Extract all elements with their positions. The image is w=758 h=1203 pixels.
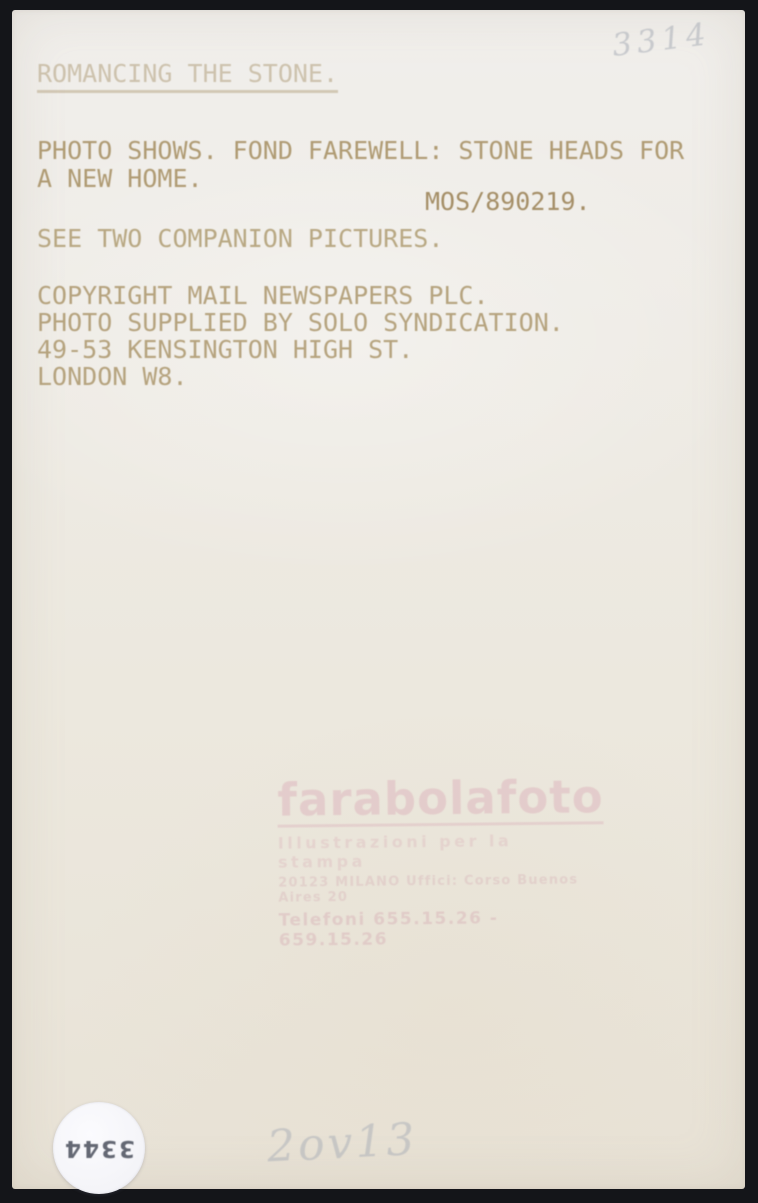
handwritten-archive-number: 3314	[610, 16, 713, 64]
photo-back-paper: 3314 ROMANCING THE STONE. PHOTO SHOWS. F…	[12, 10, 745, 1189]
agency-stamp-address: 20123 MILANO Uffici: Corso Buenos Aires …	[278, 872, 598, 905]
agency-stamp: farabolafoto Illustrazioni per la stampa…	[277, 774, 599, 950]
photo-scan-frame: 3314 ROMANCING THE STONE. PHOTO SHOWS. F…	[0, 0, 758, 1203]
agency-stamp-phone: Telefoni 655.15.26 - 659.15.26	[278, 907, 598, 950]
copyright-line-1: COPYRIGHT MAIL NEWSPAPERS PLC.	[37, 281, 489, 310]
copyright-line-3: 49-53 KENSINGTON HIGH ST.	[37, 335, 413, 364]
caption-line-1: PHOTO SHOWS. FOND FAREWELL: STONE HEADS …	[37, 136, 684, 165]
handwritten-bottom-note: 2ov13	[266, 1114, 419, 1173]
agency-stamp-logo: farabolafoto	[277, 774, 604, 827]
sticker-number-upside-down: 3344	[63, 1135, 135, 1161]
typed-caption: PHOTO SHOWS. FOND FAREWELL: STONE HEADS …	[37, 137, 684, 193]
typed-headline: ROMANCING THE STONE.	[37, 60, 338, 93]
round-archive-sticker: 3344	[53, 1102, 145, 1194]
caption-line-2: A NEW HOME.	[37, 164, 203, 193]
copyright-line-2: PHOTO SUPPLIED BY SOLO SYNDICATION.	[37, 308, 564, 337]
typed-reference-code: MOS/890219.	[425, 188, 591, 216]
typed-companion-note: SEE TWO COMPANION PICTURES.	[37, 225, 443, 253]
typed-copyright-block: COPYRIGHT MAIL NEWSPAPERS PLC.PHOTO SUPP…	[37, 282, 564, 390]
copyright-line-4: LONDON W8.	[37, 362, 188, 391]
agency-stamp-tagline: Illustrazioni per la stampa	[278, 830, 598, 871]
